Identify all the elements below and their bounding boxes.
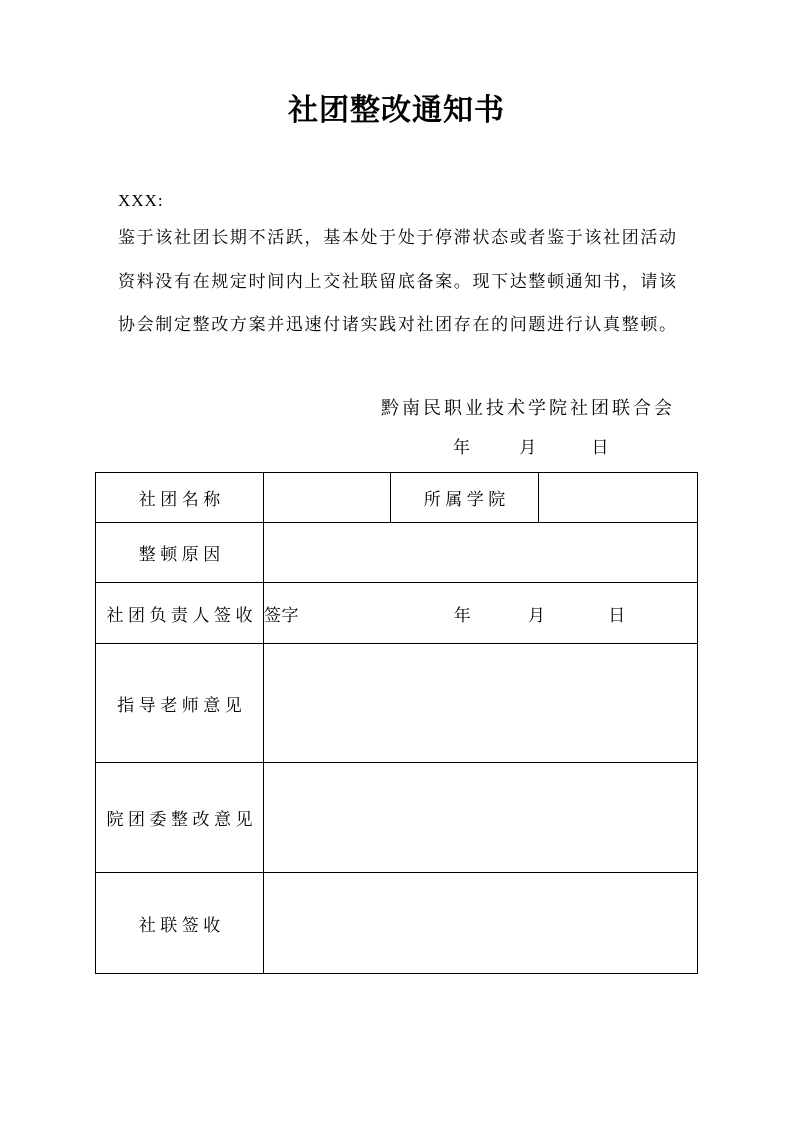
notice-body: 鉴于该社团长期不活跃，基本处于处于停滞状态或者鉴于该社团活动 资料没有在规定时间… bbox=[118, 216, 676, 347]
committee-opinion-label: 院团委整改意见 bbox=[96, 763, 264, 873]
leader-signature-label: 社团负责人签收 bbox=[96, 583, 264, 644]
body-line-1: 鉴于该社团长期不活跃，基本处于处于停滞状态或者鉴于该社团活动 bbox=[118, 216, 676, 260]
body-line-2: 资料没有在规定时间内上交社联留底备案。现下达整顿通知书，请该 bbox=[118, 260, 676, 304]
committee-opinion-field[interactable] bbox=[264, 763, 698, 873]
table-row: 指导老师意见 bbox=[96, 644, 698, 763]
federation-receipt-field[interactable] bbox=[264, 873, 698, 974]
rectification-reason-label: 整顿原因 bbox=[96, 523, 264, 583]
table-row: 院团委整改意见 bbox=[96, 763, 698, 873]
document-title: 社团整改通知书 bbox=[0, 94, 793, 128]
sign-year-label: 年 bbox=[454, 606, 472, 625]
issuing-organization: 黔南民职业技术学院社团联合会 bbox=[381, 396, 675, 420]
club-name-label: 社团名称 bbox=[96, 473, 264, 523]
table-row: 社团负责人签收 签字 年 月 日 bbox=[96, 583, 698, 644]
sign-here-label: 签字 bbox=[264, 606, 299, 625]
table-row: 社团名称 所属学院 bbox=[96, 473, 698, 523]
advisor-opinion-label: 指导老师意见 bbox=[96, 644, 264, 763]
sign-month-label: 月 bbox=[528, 606, 546, 625]
issue-month-label: 月 bbox=[519, 438, 536, 457]
document-page: 社团整改通知书 XXX: 鉴于该社团长期不活跃，基本处于处于停滞状态或者鉴于该社… bbox=[0, 0, 793, 1122]
salutation-line: XXX: bbox=[118, 189, 164, 213]
college-label: 所属学院 bbox=[391, 473, 539, 523]
body-line-3: 协会制定整改方案并迅速付诸实践对社团存在的问题进行认真整顿。 bbox=[118, 303, 676, 347]
table-row: 社联签收 bbox=[96, 873, 698, 974]
federation-receipt-label: 社联签收 bbox=[96, 873, 264, 974]
club-name-field[interactable] bbox=[264, 473, 391, 523]
advisor-opinion-field[interactable] bbox=[264, 644, 698, 763]
issue-date-line: 年 月 日 bbox=[453, 436, 609, 460]
table-row: 整顿原因 bbox=[96, 523, 698, 583]
rectification-form-table: 社团名称 所属学院 整顿原因 社团负责人签收 签字 年 月 日 指导老师意见 bbox=[95, 472, 698, 974]
rectification-reason-field[interactable] bbox=[264, 523, 698, 583]
leader-signature-field[interactable]: 签字 年 月 日 bbox=[264, 583, 698, 644]
issue-year-label: 年 bbox=[453, 438, 470, 457]
sign-day-label: 日 bbox=[608, 606, 626, 625]
college-field[interactable] bbox=[539, 473, 698, 523]
issue-day-label: 日 bbox=[592, 438, 609, 457]
